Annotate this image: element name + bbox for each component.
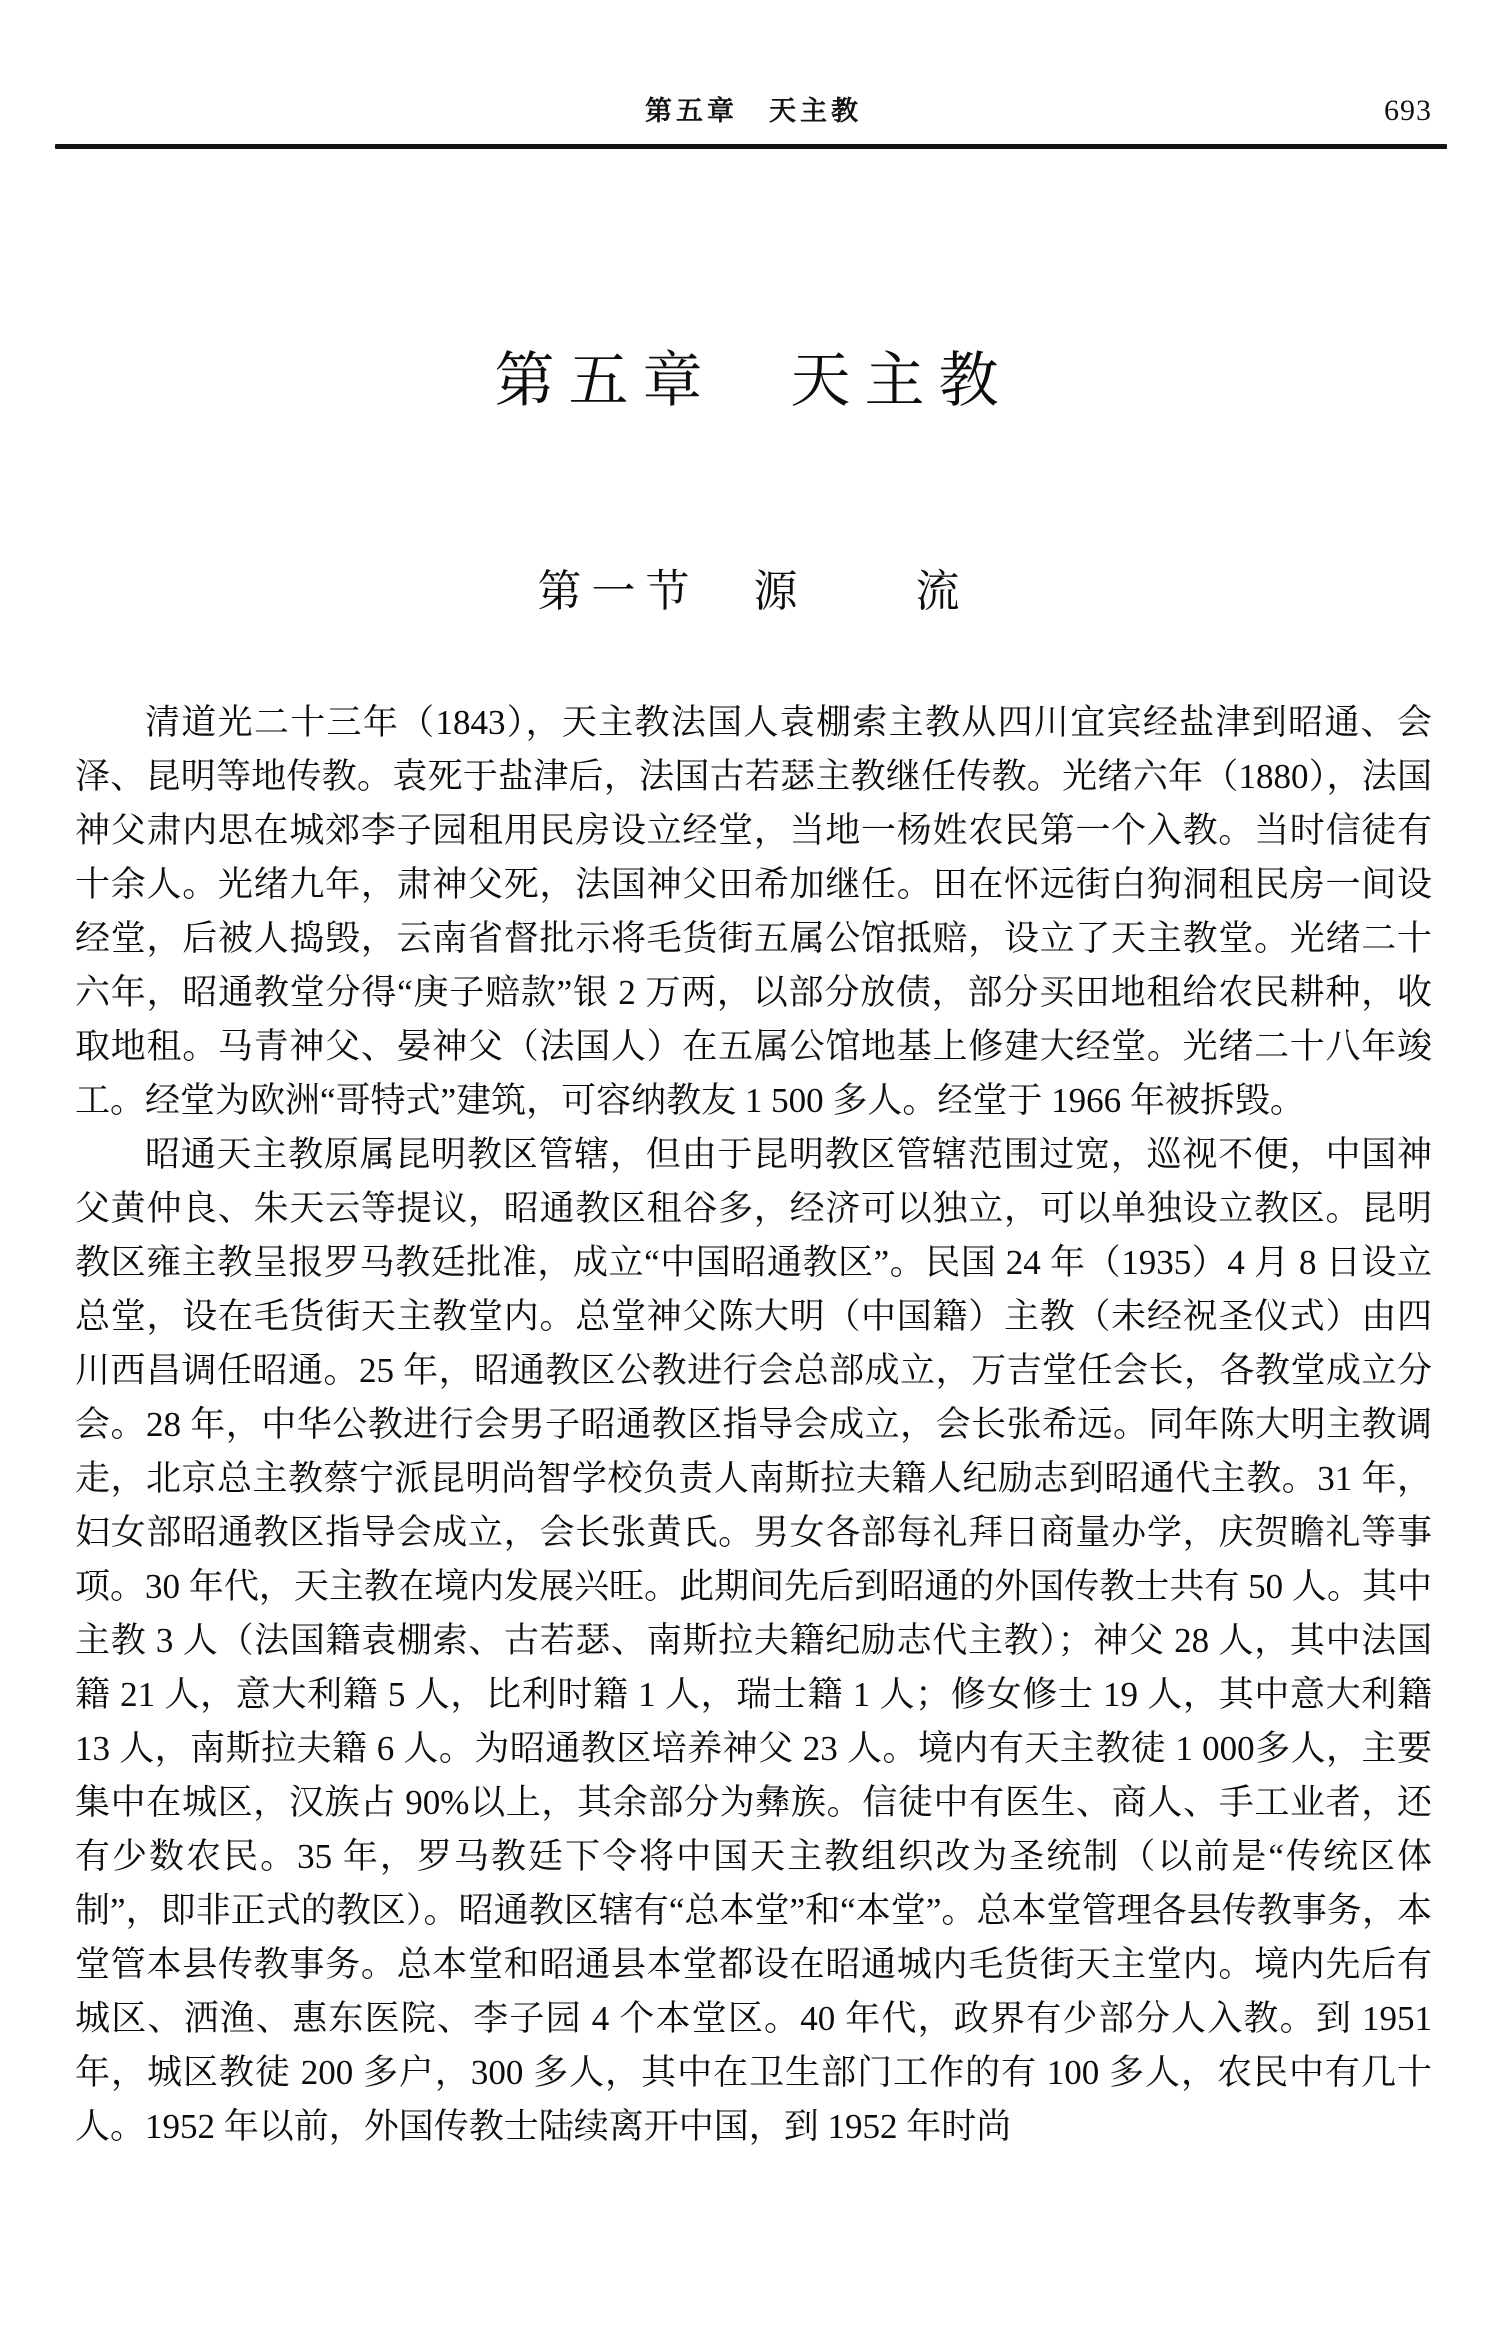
paragraph-2: 昭通天主教原属昆明教区管辖，但由于昆明教区管辖范围过宽，巡视不便，中国神父黄仲良… — [75, 1128, 1432, 2154]
header-rule — [55, 144, 1447, 149]
running-title: 第五章 天主教 — [75, 92, 1432, 130]
book-page: 第五章 天主教 693 第五章 天主教 第一节 源 流 清道光二十三年（1843… — [0, 0, 1500, 2350]
paragraph-1: 清道光二十三年（1843），天主教法国人袁棚索主教从四川宜宾经盐津到昭通、会泽、… — [75, 696, 1432, 1128]
chapter-title: 第五章 天主教 — [75, 349, 1432, 413]
section-title: 第一节 源 流 — [75, 568, 1432, 616]
page-number: 693 — [1384, 92, 1432, 130]
body-text: 清道光二十三年（1843），天主教法国人袁棚索主教从四川宜宾经盐津到昭通、会泽、… — [75, 696, 1432, 2154]
page-header: 第五章 天主教 693 — [75, 92, 1432, 130]
